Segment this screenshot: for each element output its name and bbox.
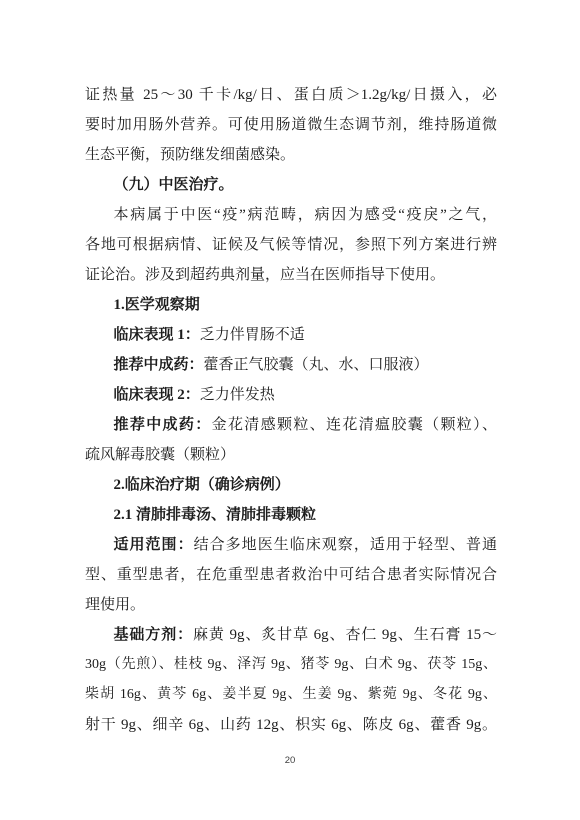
text-segment-label: 2.临床治疗期（确诊病例） xyxy=(114,477,290,493)
text-segment: 麻黄 9g、炙甘草 6g、杏仁 9g、生石膏 15～ xyxy=(193,627,497,643)
text-segment: 结合多地医生临床观察，适用于轻型、普通 xyxy=(194,537,497,553)
text-line: 适用范围：结合多地医生临床观察，适用于轻型、普通 xyxy=(85,530,497,560)
text-line: 型、重型患者，在危重型患者救治中可结合患者实际情况合 xyxy=(85,560,497,590)
text-segment: 证论治。涉及到超药典剂量，应当在医师指导下使用。 xyxy=(85,267,445,283)
page-number: 20 xyxy=(0,754,580,768)
text-line: 证论治。涉及到超药典剂量，应当在医师指导下使用。 xyxy=(85,260,497,290)
text-line: 临床表现 2：乏力伴发热 xyxy=(85,380,497,410)
text-line: （九）中医治疗。 xyxy=(85,170,497,200)
text-segment: 各地可根据病情、证候及气候等情况，参照下列方案进行辨 xyxy=(85,237,497,253)
text-line: 柴胡 16g、黄芩 6g、姜半夏 9g、生姜 9g、紫菀 9g、冬花 9g、 xyxy=(85,680,497,710)
text-segment: 本病属于中医“疫”病范畴，病因为感受“疫戾”之气， xyxy=(114,207,498,223)
text-line: 1.医学观察期 xyxy=(85,290,497,320)
text-segment: 射干 9g、细辛 6g、山药 12g、枳实 6g、陈皮 6g、藿香 9g。 xyxy=(85,717,497,733)
document-page: 证热量 25～30 千卡/kg/日、蛋白质＞1.2g/kg/日摄入，必要时加用肠… xyxy=(0,0,580,820)
page-text-body: 证热量 25～30 千卡/kg/日、蛋白质＞1.2g/kg/日摄入，必要时加用肠… xyxy=(85,80,497,740)
text-segment: 证热量 25～30 千卡/kg/日、蛋白质＞1.2g/kg/日摄入，必 xyxy=(85,87,497,103)
text-line: 疏风解毒胶囊（颗粒） xyxy=(85,440,497,470)
text-line: 本病属于中医“疫”病范畴，病因为感受“疫戾”之气， xyxy=(85,200,497,230)
text-segment-label: 1.医学观察期 xyxy=(114,297,200,313)
text-segment: 型、重型患者，在危重型患者救治中可结合患者实际情况合 xyxy=(85,567,497,583)
text-segment-label: 推荐中成药： xyxy=(114,417,212,433)
text-line: 理使用。 xyxy=(85,590,497,620)
text-line: 30g（先煎）、桂枝 9g、泽泻 9g、猪苓 9g、白术 9g、茯苓 15g、 xyxy=(85,650,497,680)
text-line: 临床表现 1：乏力伴胃肠不适 xyxy=(85,320,497,350)
text-line: 基础方剂：麻黄 9g、炙甘草 6g、杏仁 9g、生石膏 15～ xyxy=(85,620,497,650)
text-segment-label: 基础方剂： xyxy=(114,627,194,643)
text-segment: 乏力伴胃肠不适 xyxy=(200,327,305,343)
text-line: 射干 9g、细辛 6g、山药 12g、枳实 6g、陈皮 6g、藿香 9g。 xyxy=(85,710,497,740)
text-segment: 生态平衡，预防继发细菌感染。 xyxy=(85,147,295,163)
text-line: 推荐中成药：藿香正气胶囊（丸、水、口服液） xyxy=(85,350,497,380)
text-segment: 藿香正气胶囊（丸、水、口服液） xyxy=(204,357,429,373)
text-line: 生态平衡，预防继发细菌感染。 xyxy=(85,140,497,170)
text-line: 证热量 25～30 千卡/kg/日、蛋白质＞1.2g/kg/日摄入，必 xyxy=(85,80,497,110)
text-segment: 乏力伴发热 xyxy=(200,387,275,403)
text-line: 推荐中成药：金花清感颗粒、连花清瘟胶囊（颗粒）、 xyxy=(85,410,497,440)
text-segment: 30g（先煎）、桂枝 9g、泽泻 9g、猪苓 9g、白术 9g、茯苓 15g、 xyxy=(85,657,497,672)
text-segment-label: 适用范围： xyxy=(114,537,194,553)
text-line: 要时加用肠外营养。可使用肠道微生态调节剂，维持肠道微 xyxy=(85,110,497,140)
text-segment: 理使用。 xyxy=(85,597,145,613)
text-line: 2.1 清肺排毒汤、清肺排毒颗粒 xyxy=(85,500,497,530)
text-segment: 要时加用肠外营养。可使用肠道微生态调节剂，维持肠道微 xyxy=(85,117,497,133)
text-segment: 柴胡 16g、黄芩 6g、姜半夏 9g、生姜 9g、紫菀 9g、冬花 9g、 xyxy=(85,687,497,702)
text-segment: 金花清感颗粒、连花清瘟胶囊（颗粒）、 xyxy=(212,417,497,433)
text-segment-label: 2.1 清肺排毒汤、清肺排毒颗粒 xyxy=(114,507,317,523)
text-line: 2.临床治疗期（确诊病例） xyxy=(85,470,497,500)
text-segment-label: 临床表现 1： xyxy=(114,327,200,343)
text-segment-label: （九）中医治疗。 xyxy=(114,177,234,193)
text-segment: 疏风解毒胶囊（颗粒） xyxy=(85,447,235,463)
text-segment-label: 临床表现 2： xyxy=(114,387,200,403)
text-line: 各地可根据病情、证候及气候等情况，参照下列方案进行辨 xyxy=(85,230,497,260)
text-segment-label: 推荐中成药： xyxy=(114,357,204,373)
